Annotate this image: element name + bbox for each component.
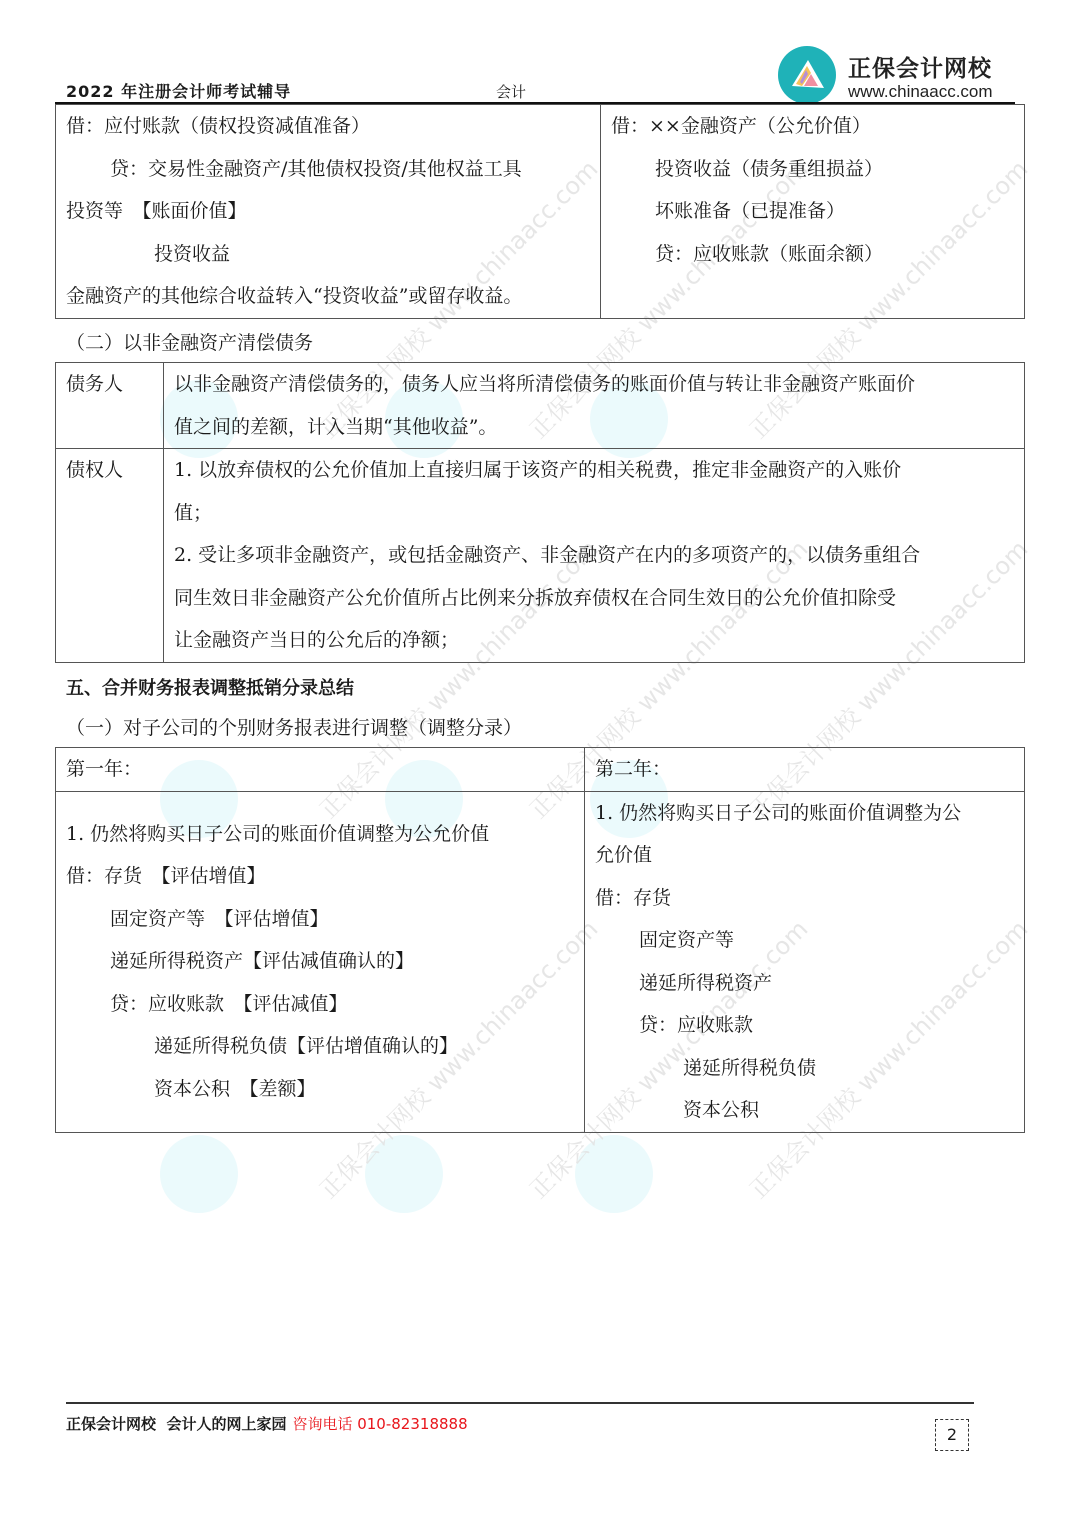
entry-line: 坏账准备（已提准备） [611,190,1014,233]
content-line: 值； [174,492,1014,535]
entry-line: 贷：交易性金融资产/其他债权投资/其他权益工具 [66,148,590,191]
entry-line: 资本公积 【差额】 [66,1068,574,1111]
entry-line: 借：存货 【评估增值】 [66,855,574,898]
debtor-entry-cell: 借：应付账款（债权投资减值准备） 贷：交易性金融资产/其他债权投资/其他权益工具… [56,105,601,319]
section-heading: （二）以非金融资产清偿债务 [66,328,313,355]
section-heading: 五、合并财务报表调整抵销分录总结 [66,674,354,700]
column-header-year2: 第二年： [585,748,1025,792]
footer-phone: 咨询电话 010-82318888 [292,1415,467,1433]
entry-line: 1. 仍然将购买日子公司的账面价值调整为公允价值 [66,813,574,856]
entry-line: 允价值 [595,834,1014,877]
year1-entries: 1. 仍然将购买日子公司的账面价值调整为公允价值 借：存货 【评估增值】 固定资… [56,791,585,1132]
document-title: 2022 年注册会计师考试辅导 [66,79,291,102]
row-label: 债权人 [56,449,164,663]
content-line: 以非金融资产清偿债务的，债务人应当将所清偿债务的账面价值与转让非金融资产账面价 [174,363,1014,406]
footer-text: 正保会计网校 会计人的网上家园咨询电话 010-82318888 [66,1413,468,1434]
entry-line: 递延所得税资产【评估减值确认的】 [66,940,574,983]
footer-divider [66,1402,974,1404]
entry-line: 投资收益（债务重组损益） [611,148,1014,191]
entry-line: 固定资产等 【评估增值】 [66,898,574,941]
entry-line: 投资收益 [66,233,590,276]
entry-line: 递延所得税负债 [595,1047,1014,1090]
row-content: 以非金融资产清偿债务的，债务人应当将所清偿债务的账面价值与转让非金融资产账面价 … [164,363,1025,449]
entry-line: 1. 仍然将购买日子公司的账面价值调整为公 [595,792,1014,835]
non-financial-asset-table: 债务人 以非金融资产清偿债务的，债务人应当将所清偿债务的账面价值与转让非金融资产… [55,362,1025,663]
content-line: 1. 以放弃债权的公允价值加上直接归属于该资产的相关税费，推定非金融资产的入账价 [174,449,1014,492]
entry-line: 资本公积 [595,1089,1014,1132]
year2-entries: 1. 仍然将购买日子公司的账面价值调整为公 允价值 借：存货 固定资产等 递延所… [585,791,1025,1132]
entry-line: 贷：应收账款 【评估减值】 [66,983,574,1026]
logo-url: www.chinaacc.com [848,82,993,102]
page-number: 2 [935,1419,969,1451]
content-line: 同生效日非金融资产公允价值所占比例来分拆放弃债权在合同生效日的公允价值扣除受 [174,577,1014,620]
entry-line: 借：应付账款（债权投资减值准备） [66,105,590,148]
chinaacc-logo-icon [778,46,836,104]
row-label: 债务人 [56,363,164,449]
logo-brand-name: 正保会计网校 [848,50,992,83]
subject-label: 会计 [496,81,526,102]
subsection-heading: （一）对子公司的个别财务报表进行调整（调整分录） [66,713,522,740]
column-header-year1: 第一年： [56,748,585,792]
entry-line: 金融资产的其他综合收益转入“投资收益”或留存收益。 [66,275,590,318]
entry-line: 递延所得税负债【评估增值确认的】 [66,1025,574,1068]
entry-line: 投资等 【账面价值】 [66,190,590,233]
content-line: 值之间的差额，计入当期“其他收益”。 [174,406,1014,449]
row-content: 1. 以放弃债权的公允价值加上直接归属于该资产的相关税费，推定非金融资产的入账价… [164,449,1025,663]
entry-line: 固定资产等 [595,919,1014,962]
footer-brand: 正保会计网校 会计人的网上家园 [66,1415,286,1433]
creditor-entry-cell: 借：××金融资产（公允价值） 投资收益（债务重组损益） 坏账准备（已提准备） 贷… [601,105,1025,319]
content-line: 2. 受让多项非金融资产，或包括金融资产、非金融资产在内的多项资产的，以债务重组… [174,534,1014,577]
content-line: 让金融资产当日的公允后的净额； [174,619,1014,662]
entry-line: 贷：应收账款 [595,1004,1014,1047]
consolidation-adjustment-table: 第一年： 第二年： 1. 仍然将购买日子公司的账面价值调整为公允价值 借：存货 … [55,747,1025,1133]
entry-line: 贷：应收账款（账面余额） [611,233,1014,276]
entry-line: 借：存货 [595,877,1014,920]
entry-line: 递延所得税资产 [595,962,1014,1005]
journal-entry-table: 借：应付账款（债权投资减值准备） 贷：交易性金融资产/其他债权投资/其他权益工具… [55,104,1025,319]
entry-line: 借：××金融资产（公允价值） [611,105,1014,148]
